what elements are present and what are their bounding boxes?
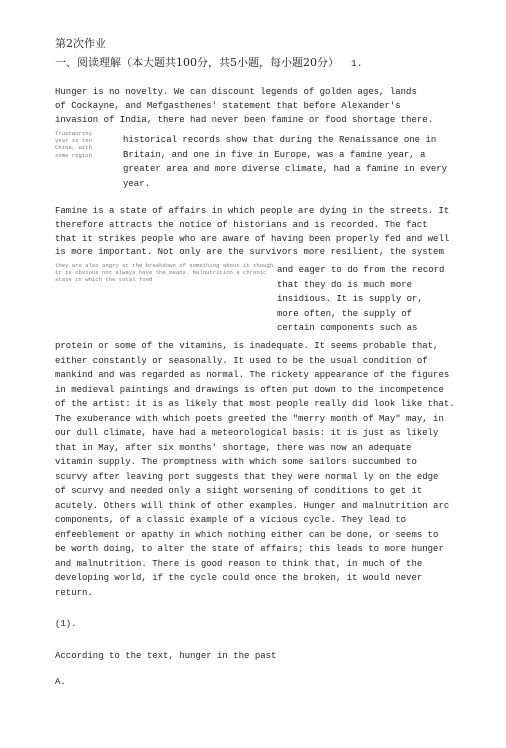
text-line: enfeeblement or apathy in which nothing … bbox=[55, 528, 455, 543]
text-line: Britain, and one in five in Europe, was … bbox=[123, 148, 447, 163]
section-heading: 一、阅读理解（本大题共100分，共5小题，每小题20分） bbox=[55, 56, 339, 70]
passage-paragraph-2-top: Famine is a state of affairs in which pe… bbox=[55, 205, 449, 260]
text-line: developing world, if the cycle could onc… bbox=[55, 571, 455, 586]
text-line: and malnutrition. There is good reason t… bbox=[55, 557, 455, 572]
assignment-title: 第2次作业 bbox=[55, 37, 106, 51]
text-line: of the artist: it is as likely that most… bbox=[55, 397, 455, 412]
question-index: 1. bbox=[351, 58, 362, 69]
text-line: of scurvy and needed only a siight worse… bbox=[55, 484, 455, 499]
text-line: is more important. Not only are the surv… bbox=[55, 246, 449, 260]
annotation-line: they are also angry at the breakdown of … bbox=[55, 262, 273, 269]
text-line: Hunger is no novelty. We can discount le… bbox=[55, 86, 433, 100]
text-line: in medieval paintings and drawings is of… bbox=[55, 383, 455, 398]
text-line: scurvy after leaving port suggests that … bbox=[55, 470, 455, 485]
annotation-line: Trustworthy bbox=[55, 130, 92, 137]
text-line: vitamin supply. The promptness with whic… bbox=[55, 455, 455, 470]
text-line: greater area and more diverse climate, h… bbox=[123, 162, 447, 177]
text-line: that in May, after six months' shortage,… bbox=[55, 441, 455, 456]
text-line: of Cockayne, and Mefgasthenes' statement… bbox=[55, 100, 433, 114]
question-number: (1). bbox=[55, 618, 77, 632]
annotation-line: China, with bbox=[55, 144, 92, 151]
document-page: 第2次作业 一、阅读理解（本大题共100分，共5小题，每小题20分） 1. Hu… bbox=[0, 0, 506, 748]
passage-paragraph-1: Hunger is no novelty. We can discount le… bbox=[55, 86, 433, 127]
annotation-line: it is obvious not always have the means.… bbox=[55, 269, 273, 276]
text-line: return. bbox=[55, 586, 455, 601]
passage-paragraph-1-indented: historical records show that during the … bbox=[123, 133, 447, 191]
text-line: invasion of India, there had never been … bbox=[55, 114, 433, 128]
question-stem: According to the text, hunger in the pas… bbox=[55, 650, 276, 664]
margin-annotation-1: Trustworthyyear is tenChina, withsome re… bbox=[55, 130, 92, 159]
annotation-line: year is ten bbox=[55, 137, 92, 144]
annotation-line: some region bbox=[55, 152, 92, 159]
text-line: and eager to do from the record bbox=[277, 263, 444, 278]
text-line: that it strikes people who are aware of … bbox=[55, 233, 449, 247]
text-line: either constantly or seasonally. It used… bbox=[55, 354, 455, 369]
text-line: insidious. It is supply or, bbox=[277, 292, 444, 307]
text-line: certain components such as bbox=[277, 321, 444, 336]
margin-annotation-2: they are also angry at the breakdown of … bbox=[55, 262, 273, 284]
annotation-line: state in which the total food bbox=[55, 276, 273, 283]
text-line: more often, the supply of bbox=[277, 307, 444, 322]
text-line: our dull climate, have had a meteorologi… bbox=[55, 426, 455, 441]
text-line: be worth doing, to alter the state of af… bbox=[55, 542, 455, 557]
text-line: Famine is a state of affairs in which pe… bbox=[55, 205, 449, 219]
text-line: that they do is much more bbox=[277, 278, 444, 293]
section-heading-row: 一、阅读理解（本大题共100分，共5小题，每小题20分） 1. bbox=[55, 56, 362, 70]
text-line: historical records show that during the … bbox=[123, 133, 447, 148]
passage-paragraph-2-right-wrap: and eager to do from the recordthat they… bbox=[277, 263, 444, 336]
text-line: The exuberance with which poets greeted … bbox=[55, 412, 455, 427]
passage-paragraph-2-bottom: protein or some of the vitamins, is inad… bbox=[55, 339, 455, 600]
text-line: components, of a classic example of a vi… bbox=[55, 513, 455, 528]
text-line: acutely. Others will think of other exam… bbox=[55, 499, 455, 514]
question-option-a-label: A. bbox=[55, 676, 66, 690]
text-line: mankind and was regarded as normal. The … bbox=[55, 368, 455, 383]
text-line: therefore attracts the notice of histori… bbox=[55, 219, 449, 233]
text-line: year. bbox=[123, 177, 447, 192]
text-line: protein or some of the vitamins, is inad… bbox=[55, 339, 455, 354]
